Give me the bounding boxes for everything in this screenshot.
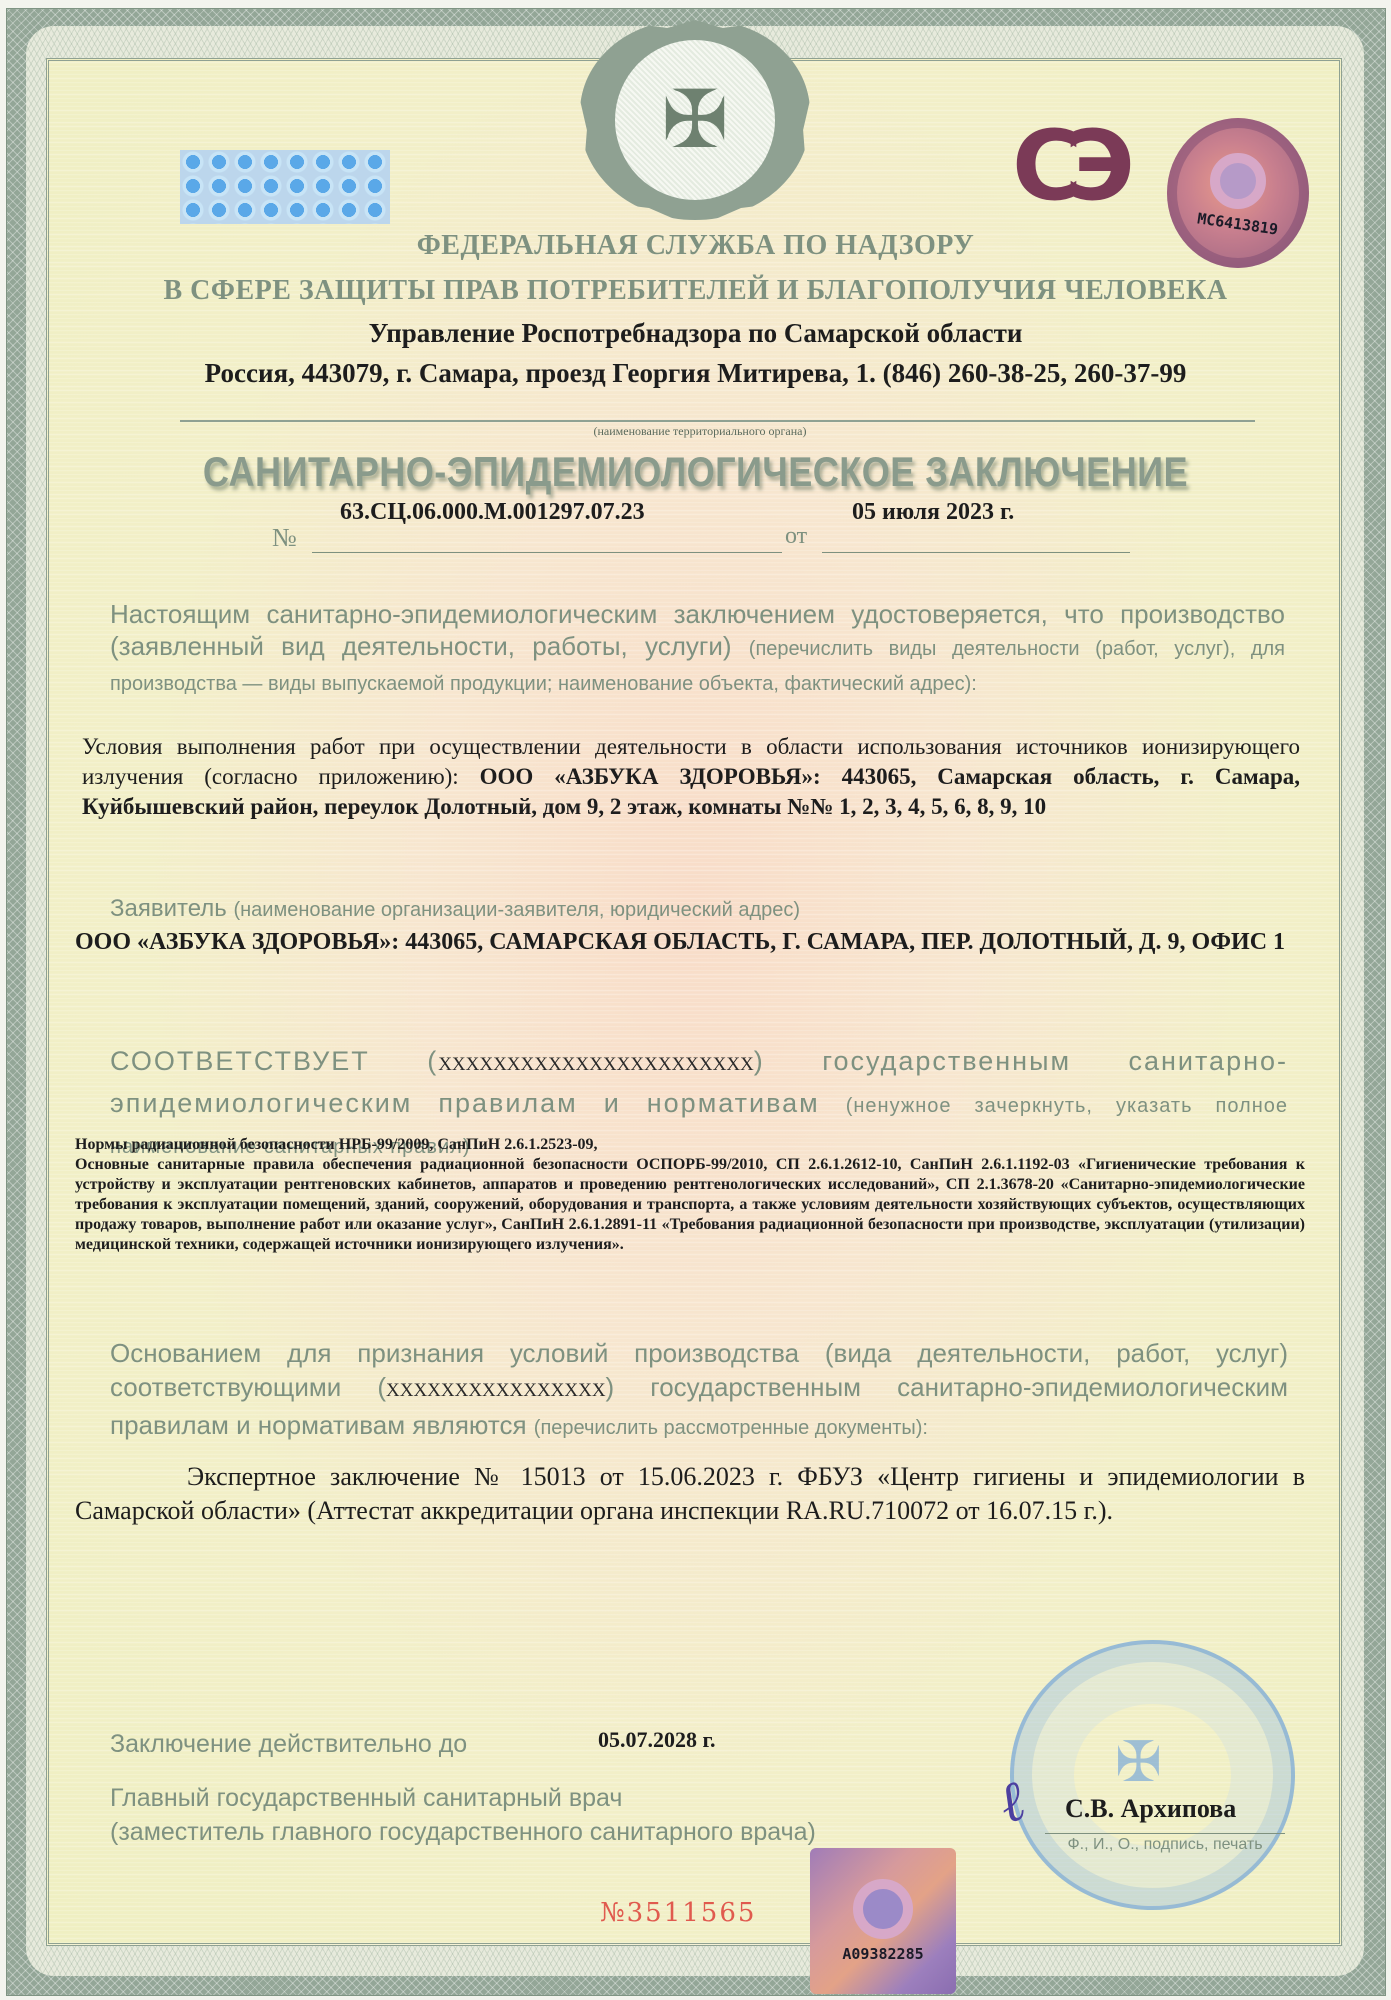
applicant-hint: (наименование организации-заявителя, юри…	[233, 899, 800, 921]
intro-paragraph: Настоящим санитарно-эпидемиологическим з…	[110, 598, 1285, 700]
basis-struck-text: XXXXXXXXXXXXXXXX	[386, 1380, 606, 1401]
validity-date: 05.07.2028 г.	[598, 1727, 716, 1753]
hologram-c-icon	[1210, 153, 1266, 209]
conformity-lead: СООТВЕТСТВУЕТ (	[110, 1046, 438, 1076]
rules-list: Нормы радиационной безопасности НРБ-99/2…	[75, 1135, 1305, 1255]
document-title: САНИТАРНО-ЭПИДЕМИОЛОГИЧЕСКОЕ ЗАКЛЮЧЕНИЕ	[97, 448, 1293, 496]
conformity-struck-text: XXXXXXXXXXXXXXXXXXXXXXX	[438, 1054, 754, 1075]
signer-role-line1: Главный государственный санитарный врач	[110, 1784, 622, 1813]
double-headed-eagle-icon: ✠	[615, 40, 775, 200]
applicant-label-line: Заявитель (наименование организации-заяв…	[110, 895, 800, 923]
validity-label: Заключение действительно до	[110, 1730, 467, 1759]
signature-caption: Ф., И., О., подпись, печать	[1045, 1833, 1285, 1854]
document-number: 63.СЦ.06.000.М.001297.07.23	[340, 499, 645, 526]
agency-name-line1: ФЕДЕРАЛЬНАЯ СЛУЖБА ПО НАДЗОРУ	[0, 230, 1391, 262]
number-label: №	[272, 523, 297, 553]
se-logo: СЭ	[1012, 118, 1117, 214]
date-underline	[822, 552, 1130, 553]
date-label: от	[785, 523, 807, 550]
department-caption: (наименование территориального органа)	[420, 424, 980, 439]
signer-role-line2: (заместитель главного государственного с…	[110, 1818, 816, 1847]
hologram-sticker: A09382285	[810, 1848, 956, 1994]
emblem-badge: ✠	[580, 20, 810, 220]
hologram-strip	[180, 150, 390, 224]
number-underline	[312, 552, 782, 553]
rules-line1: Нормы радиационной безопасности НРБ-99/2…	[75, 1135, 1305, 1155]
basis-hint: (перечислить рассмотренные документы):	[534, 1417, 928, 1439]
form-number: №3511565	[600, 1898, 756, 1928]
stamp-eagle-icon: ✠	[1115, 1730, 1162, 1795]
department-address: Россия, 443079, г. Самара, проезд Георги…	[0, 358, 1391, 389]
expert-conclusion: Экспертное заключение № 15013 от 15.06.2…	[75, 1460, 1305, 1528]
activity-paragraph: Условия выполнения работ при осуществлен…	[82, 732, 1300, 822]
basis-paragraph: Основанием для признания условий произво…	[110, 1336, 1288, 1445]
rules-body: Основные санитарные правила обеспечения …	[75, 1155, 1305, 1255]
signer-name: С.В. Архипова	[1065, 1794, 1236, 1824]
hologram-sticker-serial: A09382285	[842, 1945, 923, 1963]
applicant-value: ООО «АЗБУКА ЗДОРОВЬЯ»: 443065, САМАРСКАЯ…	[75, 927, 1305, 957]
agency-name-line2: В СФЕРЕ ЗАЩИТЫ ПРАВ ПОТРЕБИТЕЛЕЙ И БЛАГО…	[0, 275, 1391, 307]
hologram-c-icon	[853, 1879, 913, 1939]
department-name: Управление Роспотребнадзора по Самарской…	[0, 318, 1391, 349]
divider	[180, 420, 1255, 422]
applicant-label: Заявитель	[110, 895, 227, 922]
document-date: 05 июля 2023 г.	[852, 499, 1014, 526]
